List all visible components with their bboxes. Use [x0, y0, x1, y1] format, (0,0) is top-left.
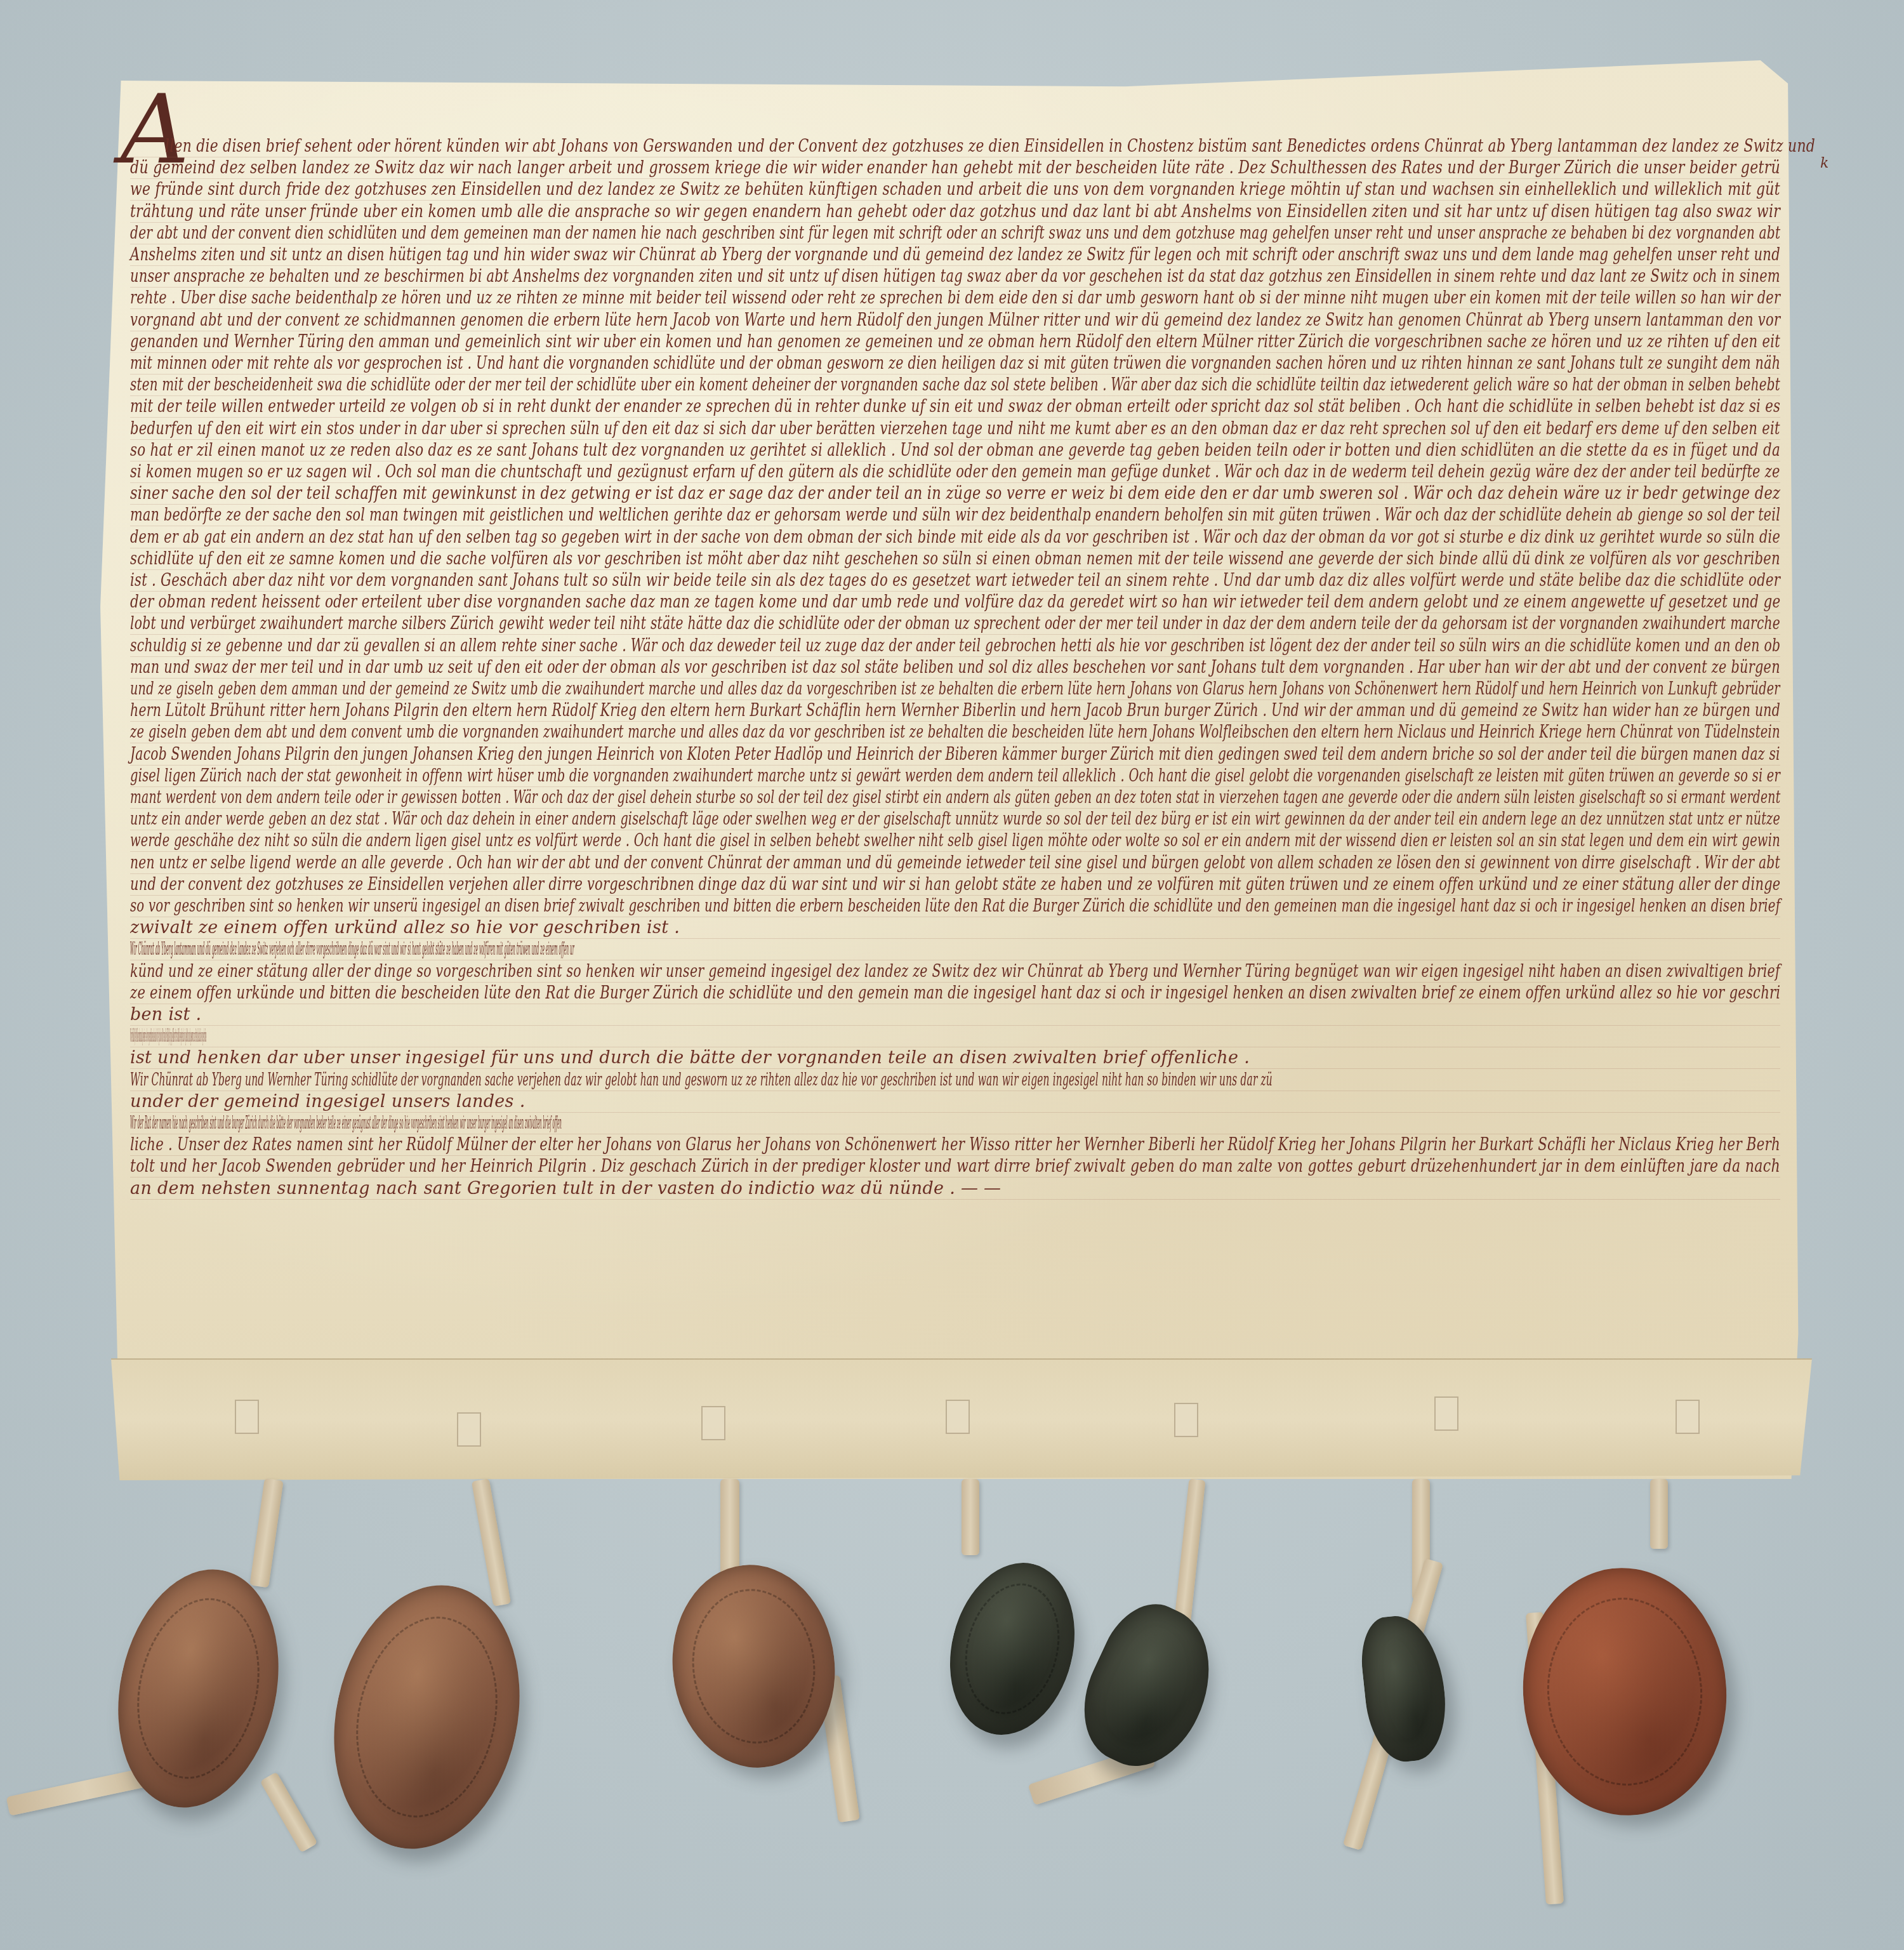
charter-text-line: und ze giseln geben dem amman und der ge…	[130, 679, 1780, 699]
ruling-line	[130, 395, 1780, 396]
charter-text-line: Anshelms ziten und sit untz an disen hüt…	[130, 245, 1780, 265]
ruling-line	[130, 1025, 1780, 1026]
charter-text-line: trähtung und räte unser fründe uber ein …	[130, 202, 1780, 222]
ruling-line	[130, 591, 1780, 592]
charter-text-line: we fründe sint durch fride dez gotzhuses…	[130, 180, 1780, 199]
seal-strap-tail	[260, 1772, 318, 1853]
charter-text-line: untz ein ander werde geben an dez stat .…	[130, 809, 1780, 829]
charter-text-line: so hat er zil einen manot uz ze reden al…	[130, 441, 1780, 460]
ruling-line	[130, 244, 1780, 244]
charter-text-line: und der convent dez gotzhuses ze Einside…	[130, 875, 1780, 894]
ruling-line	[130, 461, 1780, 461]
charter-text-line: genanden und Wernher Türing den amman un…	[130, 332, 1780, 352]
ruling-line	[130, 917, 1780, 917]
charter-text-line: werde geschähe dez niht so süln die ande…	[130, 831, 1780, 851]
charter-text-line: ze einem offen urkünde und bitten die be…	[130, 983, 1780, 1003]
ruling-line	[130, 1134, 1780, 1134]
charter-text-line: llen die disen brief sehent oder hörent …	[165, 136, 1815, 156]
ruling-line	[130, 1004, 1780, 1004]
charter-text-line: under der gemeind ingesigel unsers lande…	[130, 1092, 1780, 1111]
charter-text-line: Wir der Rat der namen hie nach geschribe…	[130, 1113, 562, 1133]
ruling-line	[130, 613, 1780, 613]
ruling-line	[130, 1155, 1780, 1156]
ruling-line	[130, 1068, 1780, 1069]
ruling-line	[130, 851, 1780, 852]
marginal-mark: k	[1820, 156, 1828, 171]
charter-text-line: siner sache den sol der teil schaffen mi…	[130, 484, 1780, 503]
seal-legend-ring	[338, 1603, 515, 1830]
ruling-line	[130, 895, 1780, 896]
ruling-line	[130, 743, 1780, 743]
ruling-line	[130, 938, 1780, 939]
charter-text-line: schuldig si ze gebenne und dar zü gevall…	[130, 636, 1780, 656]
ruling-line	[130, 374, 1780, 375]
ruling-line	[130, 1112, 1780, 1113]
seal-slot	[946, 1400, 970, 1434]
ruling-line	[130, 287, 1780, 288]
seal-slot	[1676, 1400, 1700, 1434]
ruling-line	[130, 352, 1780, 353]
wax-seal-5	[1063, 1589, 1235, 1784]
ruling-line	[130, 178, 1780, 179]
ruling-line	[130, 982, 1780, 983]
ruling-line	[130, 830, 1780, 830]
charter-text-line: mant werdent von dem andern teile oder i…	[130, 788, 1780, 807]
ruling-line	[130, 331, 1780, 331]
ruling-line	[130, 700, 1780, 700]
ruling-line	[130, 1091, 1780, 1091]
charter-text-line: sten mit der bescheidenheit swa die schi…	[130, 375, 1780, 395]
charter-text-line: ist und henken dar uber unser ingesigel …	[130, 1048, 1780, 1068]
charter-text-line: bedurfen uf den eit wirt ein stos under …	[130, 419, 1780, 439]
seal-strap	[962, 1479, 979, 1555]
ruling-line	[130, 222, 1780, 223]
seal-slot	[1174, 1403, 1198, 1437]
charter-text-line: Wir Chünrat ab Yberg und Wernher Türing …	[130, 1070, 1273, 1090]
ruling-line	[130, 548, 1780, 548]
seal-legend-ring	[1541, 1593, 1708, 1791]
ruling-line	[130, 1177, 1780, 1177]
ruling-line	[130, 808, 1780, 809]
ruling-line	[130, 765, 1780, 766]
charter-text-line: dü gemeind dez selben landez ze Switz da…	[130, 158, 1780, 178]
ruling-line	[130, 265, 1780, 266]
ruling-line	[130, 1047, 1780, 1047]
charter-text-line: liche . Unser dez Rates namen sint her R…	[130, 1135, 1780, 1155]
ruling-line	[130, 308, 1780, 309]
ruling-line	[130, 634, 1780, 635]
charter-text-line: tolt und her Jacob Swenden gebrüder und …	[130, 1157, 1780, 1176]
ruling-line	[130, 439, 1780, 440]
ruling-line	[130, 960, 1780, 960]
charter-text-line: der obman redent heissent oder erteilent…	[130, 592, 1780, 612]
wax-seal-3	[663, 1557, 845, 1776]
seal-slot	[701, 1406, 725, 1440]
charter-text-line: nen untz er selbe ligend werde an alle g…	[130, 853, 1780, 873]
charter-text-line: si komen mugen so er uz sagen wil . Och …	[130, 462, 1780, 482]
charter-text-line: Wir her Rüdolf der Mülner obman und geme…	[130, 1026, 206, 1046]
seal-legend-ring	[952, 1574, 1073, 1725]
charter-text-line: an dem nehsten sunnentag nach sant Grego…	[130, 1179, 1780, 1198]
charter-text-line: dem er ab gat ein andern an dez stat han…	[130, 527, 1780, 547]
wax-seal-6	[1357, 1612, 1451, 1765]
ruling-line	[130, 786, 1780, 787]
ruling-line	[130, 157, 1780, 157]
seal-legend-ring	[684, 1583, 823, 1749]
charter-text-line: mit minnen oder mit rehte als vor gespro…	[130, 354, 1780, 373]
charter-text-line: künd und ze einer stätung aller der ding…	[130, 962, 1780, 981]
seal-slot	[1434, 1396, 1458, 1431]
wax-seal-2	[310, 1568, 543, 1866]
seal-strap	[249, 1478, 283, 1588]
ruling-line	[130, 656, 1780, 657]
ruling-line	[130, 482, 1780, 483]
seal-strap	[472, 1478, 511, 1607]
ruling-line	[130, 873, 1780, 874]
seal-slot	[457, 1412, 481, 1447]
charter-text-line: zwivalt ze einem offen urkünd allez so h…	[130, 918, 1780, 938]
ruling-line	[130, 1199, 1780, 1200]
ruling-line	[130, 569, 1780, 570]
ruling-line	[130, 504, 1780, 505]
charter-text-line: ze giseln geben dem abt und dem convent …	[130, 722, 1780, 742]
charter-text-line: schidlüte uf den eit ze samne komen und …	[130, 549, 1780, 569]
charter-text-line: man und swaz der mer teil und in dar umb…	[130, 658, 1780, 677]
charter-text-line: lobt und verbürget zwaihundert marche si…	[130, 614, 1780, 633]
charter-text-line: man bedörfte ze der sache den sol man tw…	[130, 505, 1780, 525]
wax-seal-4	[933, 1549, 1092, 1748]
seal-slot	[235, 1400, 259, 1434]
ruling-line	[130, 200, 1780, 201]
charter-text-line: ist . Geschäch aber daz niht vor dem vor…	[130, 571, 1780, 590]
charter-text-line: gisel ligen Zürich nach der stat gewonhe…	[130, 766, 1780, 786]
charter-text-line: vorgnand abt und der convent ze schidman…	[130, 310, 1780, 330]
ruling-line	[130, 526, 1780, 526]
seal-strap	[720, 1479, 739, 1574]
charter-text-line: Wir Chünrat ab Yberg lantamman und dü ge…	[130, 939, 574, 959]
seal-legend-ring	[121, 1586, 275, 1790]
charter-text-line: mit der teile willen entweder urteild ze…	[130, 397, 1780, 416]
charter-text-line: unser ansprache ze behalten und ze besch…	[130, 267, 1780, 286]
charter-text-line: der abt und der convent dien schidlüten …	[130, 223, 1780, 243]
ruling-line	[130, 678, 1780, 679]
seal-strap	[1650, 1479, 1668, 1549]
charter-text-line: rehte . Uber dise sache beidenthalp ze h…	[130, 288, 1780, 308]
ruling-line	[130, 417, 1780, 418]
charter-text-line: Jacob Swenden Johans Pilgrin den jungen …	[130, 745, 1780, 764]
charter-text-line: so vor geschriben sint so henken wir uns…	[130, 896, 1780, 916]
ruling-line	[130, 721, 1780, 722]
charter-text-line: ben ist .	[130, 1005, 1780, 1025]
charter-text-line: hern Lütolt Brühunt ritter hern Johans P…	[130, 701, 1780, 720]
